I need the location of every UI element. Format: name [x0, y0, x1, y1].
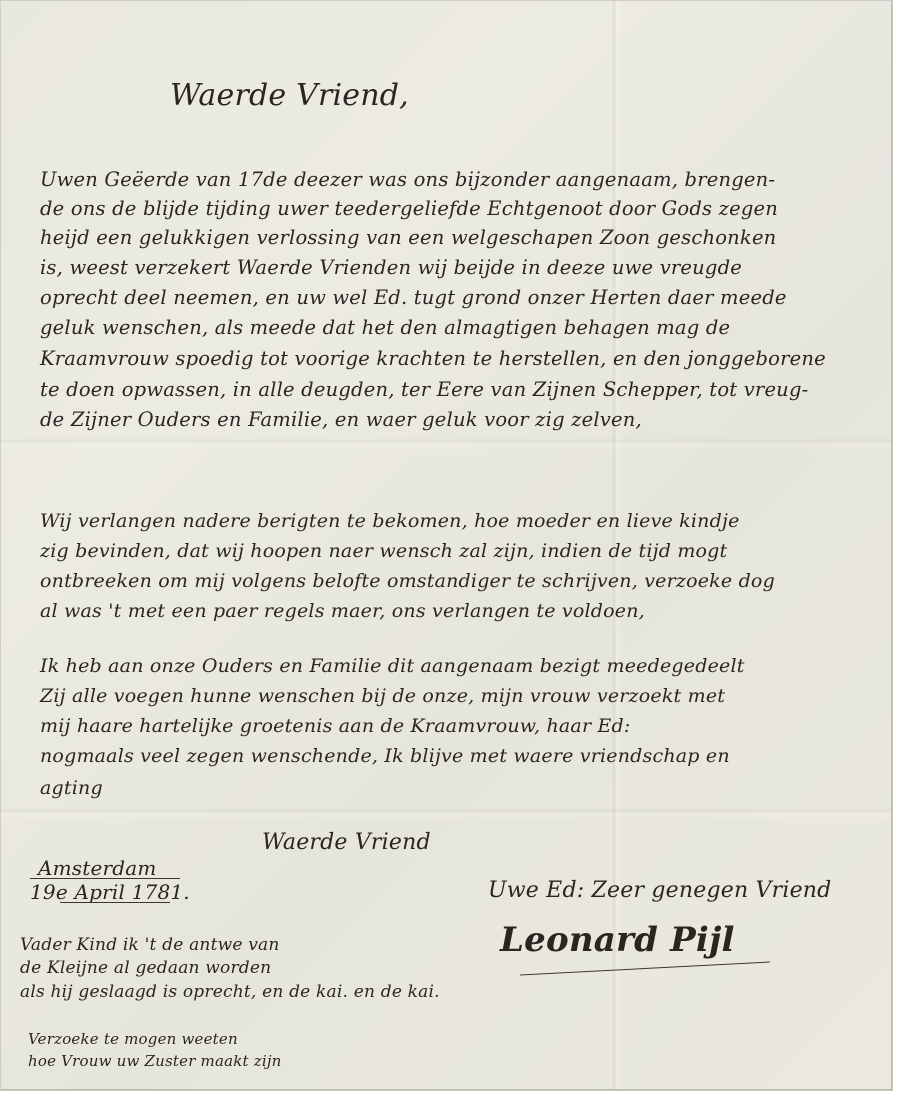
signature: Leonard Pijl [500, 920, 735, 960]
salutation: Waerde Vriend, [170, 78, 409, 113]
paragraph-line: te doen opwassen, in alle deugden, ter E… [40, 378, 808, 401]
paragraph-line: ontbreeken om mij volgens belofte omstan… [40, 570, 775, 592]
paragraph-line: heijd een gelukkigen verlossing van een … [40, 226, 776, 249]
date: 19e April 1781. [30, 880, 190, 904]
letter-paper: Waerde Vriend, Uwen Geëerde van 17de dee… [0, 0, 893, 1091]
paragraph-line: Wij verlangen nadere berigten te bekomen… [40, 510, 740, 532]
signature-flourish [520, 961, 770, 975]
paragraph-line: zig bevinden, dat wij hoopen naer wensch… [40, 540, 727, 562]
postscript-line: als hij geslaagd is oprecht, en de kai. … [20, 982, 440, 1002]
postscript-line: de Kleijne al gedaan worden [20, 958, 271, 978]
closing: Waerde Vriend [262, 830, 431, 855]
paragraph-line: agting [40, 777, 103, 799]
paragraph-line: is, weest verzekert Waerde Vrienden wij … [40, 256, 742, 279]
postscript-line: Verzoeke te mogen weeten [28, 1030, 238, 1048]
paragraph-line: nogmaals veel zegen wenschende, Ik blijv… [40, 745, 730, 767]
paragraph-line: Kraamvrouw spoedig tot voorige krachten … [40, 347, 826, 370]
paragraph-line: al was 't met een paer regels maer, ons … [40, 600, 645, 622]
paragraph-line: geluk wenschen, als meede dat het den al… [40, 316, 730, 339]
date-underline [60, 902, 170, 903]
postscript-line: hoe Vrouw uw Zuster maakt zijn [28, 1052, 282, 1070]
paragraph-line: Ik heb aan onze Ouders en Familie dit aa… [40, 655, 745, 677]
paragraph-line: oprecht deel neemen, en uw wel Ed. tugt … [40, 286, 787, 309]
paragraph-line: de Zijner Ouders en Familie, en waer gel… [40, 408, 642, 431]
postscript-line: Vader Kind ik 't de antwe van [20, 935, 280, 955]
place: Amsterdam [38, 856, 157, 880]
paragraph-line: mij haare hartelijke groetenis aan de Kr… [40, 715, 631, 737]
paragraph-line: de ons de blijde tijding uwer teedergeli… [40, 197, 778, 220]
sign-off: Uwe Ed: Zeer genegen Vriend [488, 878, 831, 903]
paragraph-line: Uwen Geëerde van 17de deezer was ons bij… [40, 168, 775, 191]
paragraph-line: Zij alle voegen hunne wenschen bij de on… [40, 685, 725, 707]
place-underline [30, 878, 180, 879]
